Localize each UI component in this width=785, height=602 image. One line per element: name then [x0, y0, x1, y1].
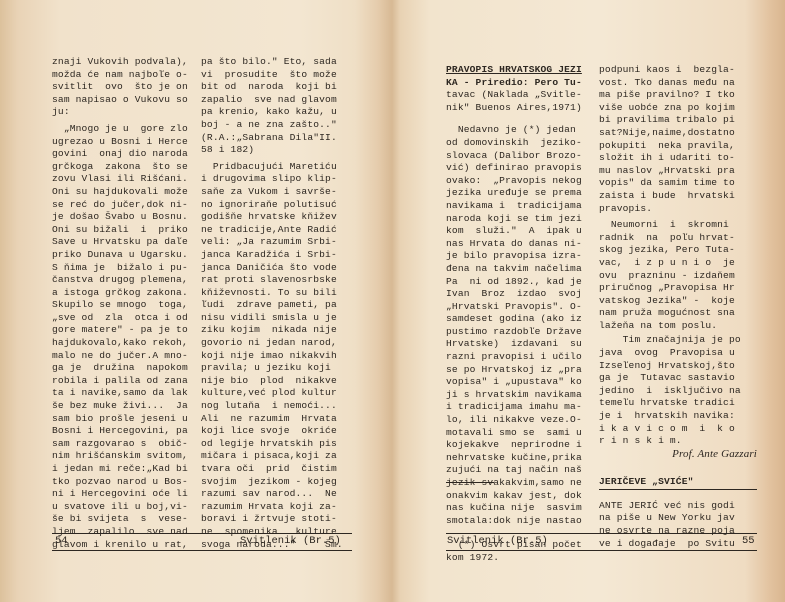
footer-rule-top: [446, 533, 757, 534]
text-line: govorio ni jedan narod,: [201, 337, 343, 350]
text-line: smotala:dok nije nastao: [446, 515, 582, 528]
right-column-1: PRAVOPIS HRVATSKOG JEZIKA - Priredio: Pe…: [446, 64, 582, 565]
text-line: r i n s k i m.: [599, 435, 757, 448]
text-line: jezik svakakvim,samo ne: [446, 477, 582, 490]
text-line: složit ih i udariti to-: [599, 152, 757, 165]
text-line: S ňima je bižalo i pu-: [52, 262, 188, 275]
text-line: vost. Tko danas među na: [599, 77, 757, 90]
text-line: radnik na poľu hrvat-: [599, 232, 757, 245]
text-line: bit od naroda koji bi: [201, 81, 343, 94]
text-line: ji s hrvatskim navikama: [446, 389, 582, 402]
text-line: ľudi zdrave pameti, pa: [201, 299, 343, 312]
text-line: ziku kojim nikada nije: [201, 324, 343, 337]
text-line: ju:: [52, 106, 188, 119]
text-line: je došao Švabo u Bosnu.: [52, 211, 188, 224]
text-line: nas kučina nije sasvim: [446, 502, 582, 515]
running-title: Svitlenik (Br.5): [447, 535, 548, 547]
text-line: nas Hrvata do danas ni-: [446, 238, 582, 251]
text-line: ni i Hercegovini oće li: [52, 488, 188, 501]
text-line: možda će nam najboľe o-: [52, 69, 188, 82]
text-line: ga je družina napokom: [52, 362, 188, 375]
running-title: Svitlenik (Br.5): [240, 535, 341, 547]
text-line: Hrvatske) izdavani su: [446, 338, 582, 351]
text-line: sam razgovarao s obič-: [52, 438, 188, 451]
text-line: Neumorni i skromni: [599, 219, 757, 232]
text-line: ovako: „Pravopis nekog: [446, 175, 582, 188]
text-line: i k a v i c o m i k o: [599, 423, 757, 436]
text-line: lo, ili nikakve veze.O-: [446, 414, 582, 427]
text-line: kojekakve neprirodne i: [446, 439, 582, 452]
footer-rule-bottom: [52, 550, 352, 551]
text-line: koji nije imao nikakvih: [201, 350, 343, 363]
text-line: Skupilo se mnogo toga,: [52, 299, 188, 312]
text-line: zovu Vlasi ili Rišćani.: [52, 173, 188, 186]
spacer: [446, 114, 582, 124]
text-line: ANTE JERIĆ već nis godi: [599, 500, 757, 513]
right-page: PRAVOPIS HRVATSKOG JEZIKA - Priredio: Pe…: [392, 0, 785, 602]
text-line: zapalio sve nad glavom: [201, 94, 343, 107]
text-line: malo ne do jučer.A mno-: [52, 350, 188, 363]
text-line: onakvim kakav jest, dok: [446, 490, 582, 503]
text-line: saňe za Vukom i savrše-: [201, 186, 343, 199]
text-line: i drugovima slipo klip-: [201, 173, 343, 186]
text-line: robila i palila od zana: [52, 375, 188, 388]
text-line: „Mnogo je u gore zlo: [52, 123, 188, 136]
page-number: 55: [742, 535, 755, 547]
text-line: kulture,već plod kultur: [201, 387, 343, 400]
text-line: Izseľenoj Hrvatskoj,što: [599, 360, 757, 373]
text-line: podpuni kaos i bezgla-: [599, 64, 757, 77]
section-heading: JERIČEVE „SVIĆE": [599, 476, 757, 490]
text-line: skog jezika, Pero Tuta-: [599, 244, 757, 257]
text-line: čanstva drugog plemena,: [52, 274, 188, 287]
text-line: navikama i tradicijama: [446, 200, 582, 213]
text-line: Nedavno je (*) jedan: [446, 124, 582, 137]
text-line: ugrezao u Bosni i Herce: [52, 136, 188, 149]
text-line: nehrvatske kučine,prika: [446, 452, 582, 465]
text-line: tvara oči prid čistim: [201, 463, 343, 476]
text-line: 58 i 182): [201, 144, 343, 157]
text-line: boravi i žrtvuje stoti-: [201, 513, 343, 526]
text-line: zujući na taj način naš: [446, 464, 582, 477]
text-line: grčkoga zakona što se: [52, 161, 188, 174]
text-line: gore matere" - pa je to: [52, 324, 188, 337]
article-heading-line: KA - Priredio: Pero Tu-: [446, 77, 582, 90]
text-line: ne osvrte na razne poja: [599, 525, 757, 538]
text-line: nije bio plod nikakve: [201, 375, 343, 388]
text-line: bi pravilima tribalo pi: [599, 114, 757, 127]
article-heading-line: PRAVOPIS HRVATSKOG JEZI: [446, 64, 582, 77]
text-line: ne tradicije,Ante Radić: [201, 224, 343, 237]
spacer: [599, 464, 757, 476]
text-line: razumim Hrvata koji za-: [201, 501, 343, 514]
text-line: no ignoriraňe polutisuć: [201, 199, 343, 212]
footer-rule-top: [52, 533, 352, 534]
text-line: u svatove ili u boj,vi-: [52, 501, 188, 514]
footer-rule-bottom: [446, 550, 757, 551]
text-line: pa što bilo." Eto, sada: [201, 56, 343, 69]
text-line: se po Hrvatskoj iz „pra: [446, 364, 582, 377]
footnote-rule: [446, 482, 494, 483]
text-line: svitlit ovo što je on: [52, 81, 188, 94]
text-line: nam pruža mogućnost sna: [599, 307, 757, 320]
text-line: lažeňa na tom poslu.: [599, 320, 757, 333]
text-line: slovaca (Dalibor Brozo-: [446, 150, 582, 163]
text-line: se reć do jučer,dok ni-: [52, 199, 188, 212]
text-line: više uobće zna po kojim: [599, 102, 757, 115]
text-line: veli: „Ja razumim Srbi-: [201, 236, 343, 249]
text-line: svojim jezikom - kojeg: [201, 476, 343, 489]
text-line: i tradicijama imahu ma-: [446, 401, 582, 414]
text-line: kom služi." A ipak u: [446, 225, 582, 238]
text-line: govini onaj dio naroda: [52, 148, 188, 161]
text-line: motavali smo se sami u: [446, 427, 582, 440]
left-column-1: znaji Vukovih podvala),možda će nam najb…: [52, 56, 188, 551]
text-line: vi prosudite što može: [201, 69, 343, 82]
author-signature: Prof. Ante Gazzari: [599, 448, 757, 464]
text-line: Pridbacujući Maretiću: [201, 161, 343, 174]
text-line: znaji Vukovih podvala),: [52, 56, 188, 69]
text-line: ma piše pravilno? I tko: [599, 89, 757, 102]
text-line: je i hrvatskih navika:: [599, 410, 757, 423]
text-line: Pa ni od 1892., kad je: [446, 276, 582, 289]
text-line: hajdukovalo,kako rekoh,: [52, 337, 188, 350]
text-line: razni pravopisi i učilo: [446, 351, 582, 364]
text-line: nisu vidili smisla u je: [201, 312, 343, 325]
text-line: kňiževnosti. To su bili: [201, 287, 343, 300]
text-line: sat?Nije,naime,dostatno: [599, 127, 757, 140]
text-line: priko Dunava u Ugarsku.: [52, 249, 188, 262]
text-line: vac, i z p u n i o je: [599, 257, 757, 270]
text-line: janca Karadžića i Srbi-: [201, 249, 343, 262]
text-line: nog lutaňa i nemoći...: [201, 400, 343, 413]
text-line: pokupiti neka pravila,: [599, 140, 757, 153]
text-line: Save u Hrvatsku pa daľe: [52, 236, 188, 249]
text-line: i jedan mi reče:„Kad bi: [52, 463, 188, 476]
text-line: ta i navike,samo da lak: [52, 387, 188, 400]
text-line: „Hrvatski Pravopis". O-: [446, 301, 582, 314]
spacer: [599, 490, 757, 500]
text-line: boj - a ne zna zašto..": [201, 119, 343, 132]
text-line: nim hrišćanskim svitom,: [52, 450, 188, 463]
text-line: je bilo pravopisa izra-: [446, 250, 582, 263]
article-heading-line: tavac (Naklada „Svitle-: [446, 89, 582, 102]
text-line: Bosni i Hercegovini, pa: [52, 425, 188, 438]
text-line: razumi sav narod... Ne: [201, 488, 343, 501]
text-line: đena na takvim načelima: [446, 263, 582, 276]
text-line: Ivan Broz izdao svoj: [446, 288, 582, 301]
left-column-2: pa što bilo." Eto, sadavi prosudite što …: [201, 56, 343, 551]
text-line: ga je Tutavac sastavio: [599, 372, 757, 385]
text-line: Ali ne razumim Hrvata: [201, 413, 343, 426]
text-line: vić) definirao pravopis: [446, 162, 582, 175]
text-line: pustimo razdobľe Države: [446, 326, 582, 339]
text-line: Tim značajnija je po: [599, 334, 757, 347]
text-line: janca Daničića što vode: [201, 262, 343, 275]
page-number: 54: [55, 535, 68, 547]
text-line: zaista i bude hrvatski: [599, 190, 757, 203]
text-line: pravopis.: [599, 203, 757, 216]
text-line: (R.A.:„Sabrana Dila"II.: [201, 132, 343, 145]
text-line: koji lice svoje okriće: [201, 425, 343, 438]
text-line: naroda koji se tim jezi: [446, 213, 582, 226]
text-line: vopis" da samim time to: [599, 177, 757, 190]
text-line: a istoga grčkog zakona.: [52, 287, 188, 300]
text-line: na piše u New Yorku jav: [599, 512, 757, 525]
text-line: temeľu hrvatske tradici: [599, 397, 757, 410]
article-heading-line: nik" Buenos Aires,1971): [446, 102, 582, 115]
text-line: mičara i pisaca,koji za: [201, 450, 343, 463]
footnote-line: kom 1972.: [446, 552, 582, 565]
text-line: mu naslov „Hrvatski pra: [599, 165, 757, 178]
text-line: še bez muke živi... Ja: [52, 400, 188, 413]
text-line: vatskog Jezika" - koje: [599, 295, 757, 308]
text-line: ovu prazninu - izdaňem: [599, 270, 757, 283]
text-line: ve i događaje po Svitu: [599, 538, 757, 551]
text-line: godišňe hrvatske kňižev: [201, 211, 343, 224]
text-line: „sve od zla otca i od: [52, 312, 188, 325]
text-line: vopisa" i „upustava" ko: [446, 376, 582, 389]
text-line: java ovog Pravopisa u: [599, 347, 757, 360]
text-line: še bi svijeta s vese-: [52, 513, 188, 526]
text-line: Oni su bižali i priko: [52, 224, 188, 237]
text-line: Oni su hajdukovali može: [52, 186, 188, 199]
book-spread: znaji Vukovih podvala),možda će nam najb…: [0, 0, 785, 602]
text-line: sam napisao o Vukovu so: [52, 94, 188, 107]
text-line: priručnog „Pravopisa Hr: [599, 282, 757, 295]
text-line: od domovinskih jeziko-: [446, 137, 582, 150]
left-page: znaji Vukovih podvala),možda će nam najb…: [0, 0, 392, 602]
text-line: od legije hrvatskih pis: [201, 438, 343, 451]
text-line: tko pozvao narod u Bos-: [52, 476, 188, 489]
text-line: jezika uređuje se prema: [446, 187, 582, 200]
text-line: jedino i isključivo na: [599, 385, 757, 398]
text-line: samdeset godina (ako iz: [446, 313, 582, 326]
right-column-2: podpuni kaos i bezgla-vost. Tko danas me…: [599, 64, 757, 550]
text-line: pravila; u jeziku koji: [201, 362, 343, 375]
text-line: rat proti slavenosrbske: [201, 274, 343, 287]
text-line: pa krenio, kako kažu, u: [201, 106, 343, 119]
text-line: sam bio prošle jeseni u: [52, 413, 188, 426]
